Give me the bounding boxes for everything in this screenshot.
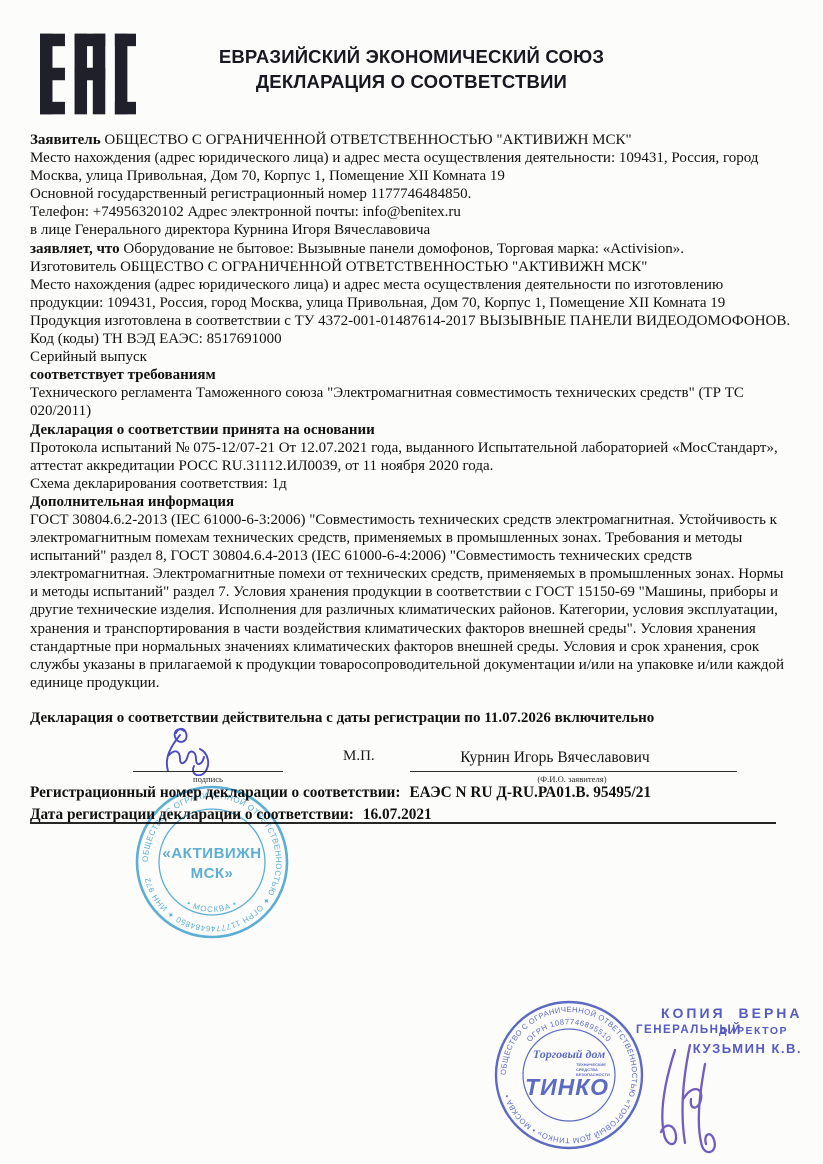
paragraph: Схема декларирования соответствия: 1д xyxy=(30,475,794,493)
registration-number-value: ЕАЭС N RU Д-RU.РА01.В. 95495/21 xyxy=(409,784,651,801)
mp-label: М.П. xyxy=(343,748,375,765)
paragraph: Декларация о соответствии принята на осн… xyxy=(30,421,794,439)
applicant-name-line xyxy=(410,771,737,772)
copy-verna-stamp-text: КОПИЯ ВЕРНА xyxy=(661,1005,810,1021)
signature-line xyxy=(133,771,283,772)
document-title: ДЕКЛАРАЦИЯ О СООТВЕТСТВИИ xyxy=(0,69,823,94)
paragraph: Технического регламента Таможенного союз… xyxy=(30,384,794,420)
paragraph: ГОСТ 30804.6.2-2013 (IEC 61000-6-3:2006)… xyxy=(30,511,794,692)
paragraph: Код (коды) ТН ВЭД ЕАЭС: 8517691000 xyxy=(30,330,794,348)
activision-stamp: ОБЩЕСТВО С ОГРАНИЧЕННОЙ ОТВЕТСТВЕННОСТЬЮ… xyxy=(132,782,292,942)
declaration-document-page: ЕВРАЗИЙСКИЙ ЭКОНОМИЧЕСКИЙ СОЮЗ ДЕКЛАРАЦИ… xyxy=(0,0,823,1164)
activision-stamp-center-line1: «АКТИВИЖН xyxy=(162,845,261,862)
applicant-signature xyxy=(146,724,234,776)
registration-date-value: 16.07.2021 xyxy=(363,806,432,823)
paragraph: Изготовитель ОБЩЕСТВО С ОГРАНИЧЕННОЙ ОТВ… xyxy=(30,258,794,276)
paragraph: в лице Генерального директора Курнина Иг… xyxy=(30,221,794,239)
paragraph: Место нахождения (адрес юридического лиц… xyxy=(30,276,794,312)
paragraph: Основной государственный регистрационный… xyxy=(30,185,794,203)
paragraph: соответствует требованиям xyxy=(30,366,794,384)
paragraph: Декларация о соответствии действительна … xyxy=(30,709,794,727)
tinko-stamp-logo-text: ТИНКО xyxy=(525,1074,609,1100)
tinko-stamp-small-line3: БЕЗОПАСНОСТИ xyxy=(576,1072,610,1077)
paragraph: Серийный выпуск xyxy=(30,348,794,366)
tinko-stamp-script-text: Торговый дом xyxy=(533,1047,605,1061)
document-body: Заявитель ОБЩЕСТВО С ОГРАНИЧЕННОЙ ОТВЕТС… xyxy=(30,131,794,727)
paragraph: Протокола испытаний № 075-12/07-21 От 12… xyxy=(30,439,794,475)
tinko-stamp: ОБЩЕСТВО С ОГРАНИЧЕННОЙ ОТВЕТСТВЕННОСТЬЮ… xyxy=(492,998,646,1152)
paragraph: заявляет, что Оборудование не бытовое: В… xyxy=(30,240,794,258)
paragraph: Место нахождения (адрес юридического лиц… xyxy=(30,149,794,185)
union-name: ЕВРАЗИЙСКИЙ ЭКОНОМИЧЕСКИЙ СОЮЗ xyxy=(0,44,823,69)
paragraph: Дополнительная информация xyxy=(30,493,794,511)
activision-stamp-center-line2: МСК» xyxy=(191,865,234,882)
paragraph: Заявитель ОБЩЕСТВО С ОГРАНИЧЕННОЙ ОТВЕТС… xyxy=(30,131,794,149)
paragraph: Продукция изготовлена в соответствии с Т… xyxy=(30,312,794,330)
document-header: ЕВРАЗИЙСКИЙ ЭКОНОМИЧЕСКИЙ СОЮЗ ДЕКЛАРАЦИ… xyxy=(0,44,823,94)
paragraph: Телефон: +74956320102 Адрес электронной … xyxy=(30,203,794,221)
applicant-name: Курнин Игорь Вячеславович xyxy=(400,749,710,767)
director-signature xyxy=(645,1036,740,1158)
